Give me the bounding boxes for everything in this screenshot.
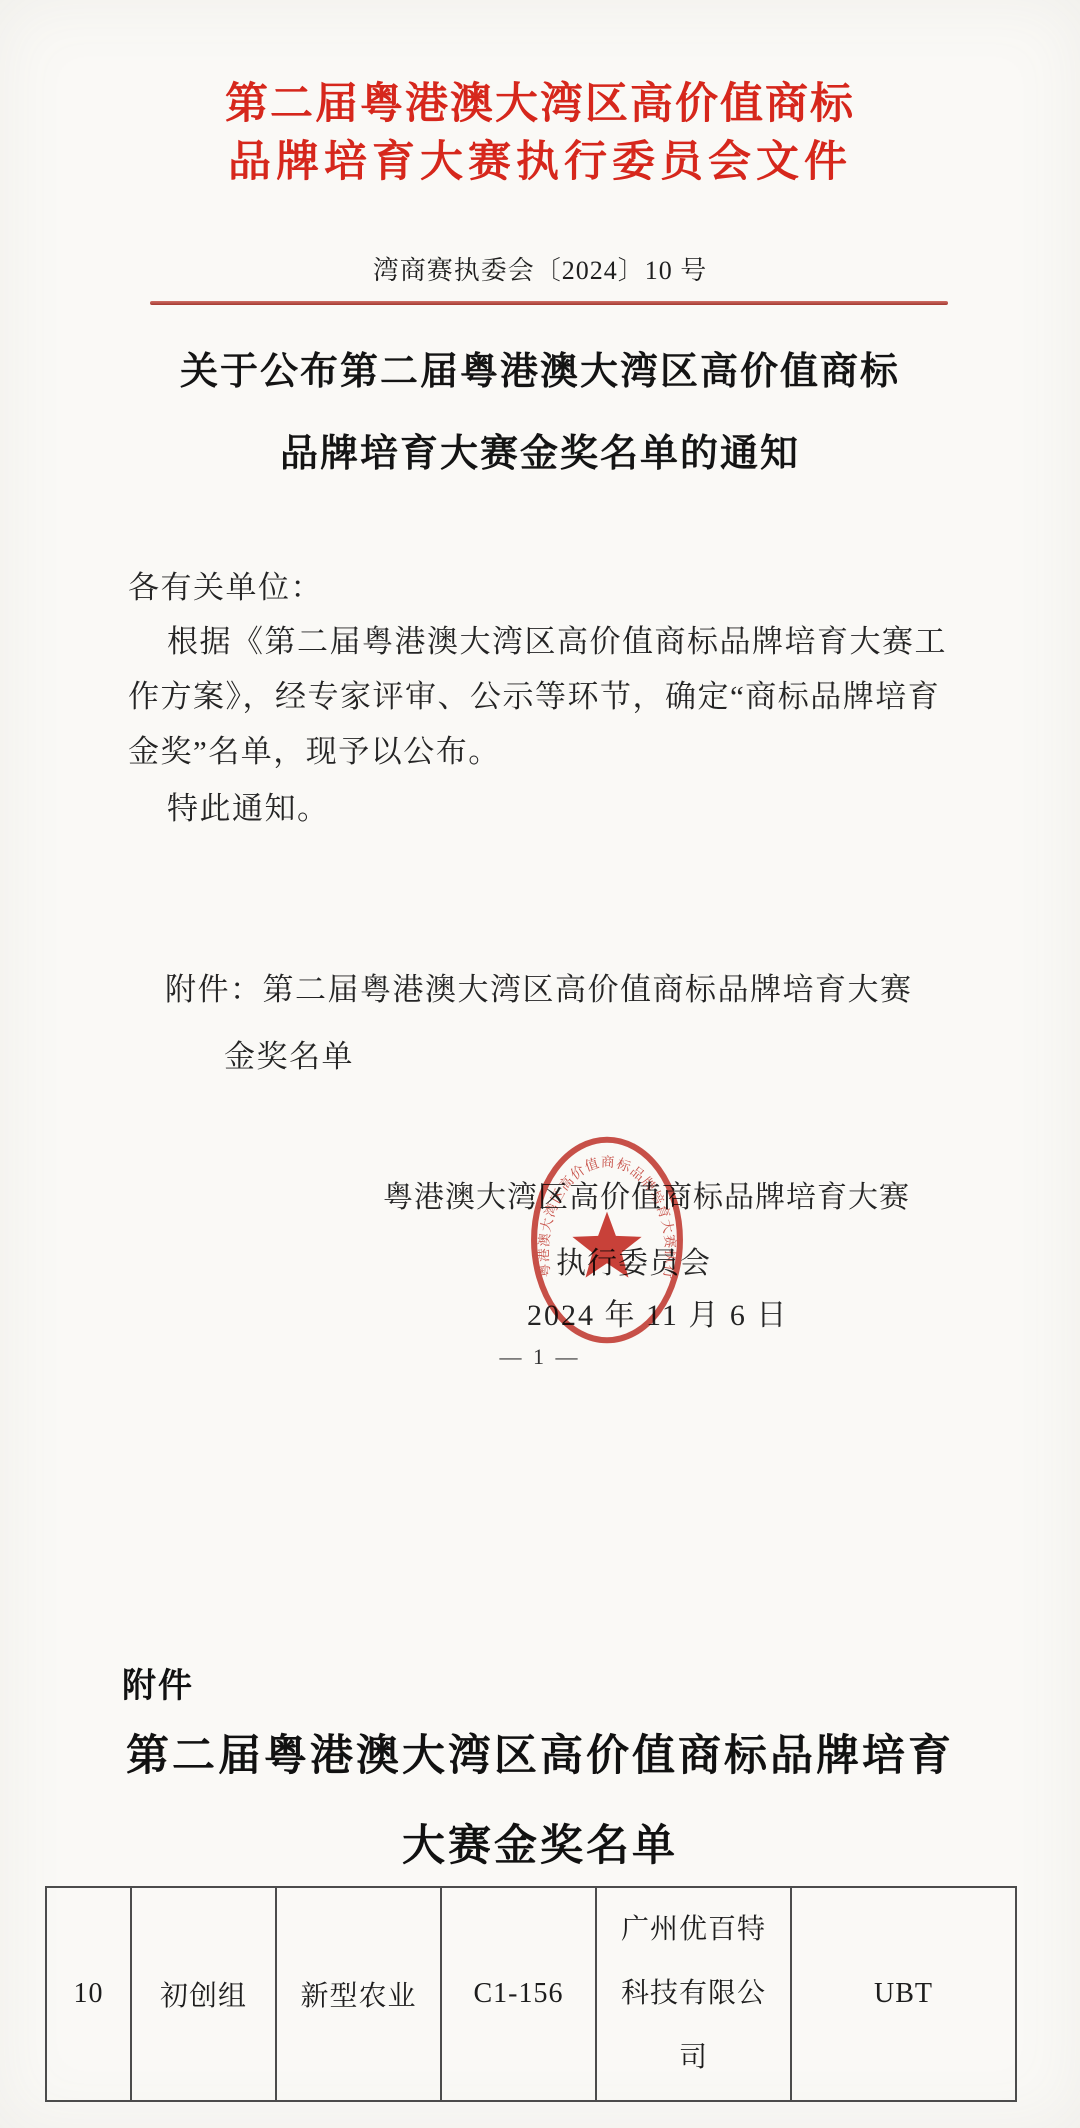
attachment-title-line1: 第二届粤港澳大湾区高价值商标品牌培育 [0,1722,1080,1783]
attachment-title-line2: 大赛金奖名单 [0,1812,1080,1873]
document-number: 湾商赛执委会〔2024〕10 号 [0,250,1080,287]
closing-line: 特此通知。 [167,783,330,828]
body-paragraph-line2: 作方案》，经专家评审、公示等环节，确定“商标品牌培育 [128,671,940,716]
page-number: — 1 — [0,1344,1080,1370]
cell-category: 新型农业 [276,1887,441,2101]
cell-company: 广州优百特科技有限公司 [596,1887,791,2101]
cell-group: 初创组 [131,1887,276,2101]
letterhead-title-line1: 第二届粤港澳大湾区高价值商标 [0,70,1080,131]
cell-entry-code: C1-156 [441,1887,596,2101]
cell-serial-number: 10 [46,1887,131,2101]
attachment-section-label: 附件 [122,1658,194,1707]
star-icon [572,1212,641,1278]
salutation: 各有关单位： [128,562,323,607]
body-paragraph-line3: 金奖”名单，现予以公布。 [128,726,501,771]
letterhead-red-rule [150,301,948,305]
official-seal: 粤港澳大湾区高价值商标品牌培育大赛执行委员会 [528,1134,686,1346]
award-table: 10 初创组 新型农业 C1-156 广州优百特科技有限公司 UBT [45,1886,1017,2102]
table-row: 10 初创组 新型农业 C1-156 广州优百特科技有限公司 UBT [46,1887,1016,2101]
body-paragraph-line1: 根据《第二届粤港澳大湾区高价值商标品牌培育大赛工 [167,616,947,661]
cell-brand: UBT [791,1887,1016,2101]
letterhead-title-line2: 品牌培育大赛执行委员会文件 [0,128,1080,189]
attachment-reference-line2: 金奖名单 [224,1031,354,1076]
notice-title-line1: 关于公布第二届粤港澳大湾区高价值商标 [0,340,1080,395]
notice-title-line2: 品牌培育大赛金奖名单的通知 [0,422,1080,477]
attachment-reference-line1: 附件：第二届粤港澳大湾区高价值商标品牌培育大赛 [165,964,913,1009]
